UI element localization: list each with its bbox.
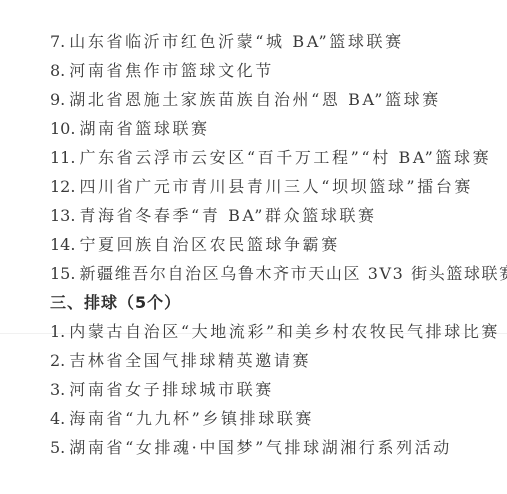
item-text: 河南省女子排球城市联赛 bbox=[69, 380, 274, 399]
item-number: 15. bbox=[50, 264, 75, 283]
list-item: 5.湖南省“女排魂·中国梦”气排球湖湘行系列活动 bbox=[50, 438, 452, 458]
list-item: 4.海南省“九九杯”乡镇排球联赛 bbox=[50, 409, 314, 429]
item-number: 11. bbox=[50, 148, 75, 167]
item-text: 湖南省篮球联赛 bbox=[79, 119, 209, 138]
list-item: 7.山东省临沂市红色沂蒙“城 BA”篮球联赛 bbox=[50, 32, 404, 52]
item-number: 4. bbox=[50, 409, 65, 428]
item-number: 8. bbox=[50, 61, 65, 80]
list-item: 13.青海省冬春季“青 BA”群众篮球联赛 bbox=[50, 206, 377, 226]
list-item: 10.湖南省篮球联赛 bbox=[50, 119, 210, 139]
section-heading-volleyball: 三、排球（5个） bbox=[50, 292, 181, 314]
list-item: 8.河南省焦作市篮球文化节 bbox=[50, 61, 274, 81]
item-number: 5. bbox=[50, 438, 65, 457]
item-number: 14. bbox=[50, 235, 75, 254]
list-item: 3.河南省女子排球城市联赛 bbox=[50, 380, 274, 400]
list-item: 11.广东省云浮市云安区“百千万工程”“村 BA”篮球赛 bbox=[50, 148, 491, 168]
list-item: 15.新疆维吾尔自治区乌鲁木齐市天山区 3V3 街头篮球联赛 bbox=[50, 264, 507, 284]
item-text: 河南省焦作市篮球文化节 bbox=[69, 61, 274, 80]
list-item: 9.湖北省恩施土家族苗族自治州“恩 BA”篮球赛 bbox=[50, 90, 441, 110]
item-text: 湖北省恩施土家族苗族自治州“恩 BA”篮球赛 bbox=[69, 90, 441, 109]
document-page: 7.山东省临沂市红色沂蒙“城 BA”篮球联赛 8.河南省焦作市篮球文化节 9.湖… bbox=[0, 0, 507, 494]
item-number: 2. bbox=[50, 351, 65, 370]
item-number: 7. bbox=[50, 32, 65, 51]
item-number: 13. bbox=[50, 206, 75, 225]
item-number: 1. bbox=[50, 322, 65, 341]
item-text: 青海省冬春季“青 BA”群众篮球联赛 bbox=[79, 206, 376, 225]
item-text: 宁夏回族自治区农民篮球争霸赛 bbox=[79, 235, 339, 254]
list-item: 12.四川省广元市青川县青川三人“坝坝篮球”擂台赛 bbox=[50, 177, 473, 197]
list-item: 2.吉林省全国气排球精英邀请赛 bbox=[50, 351, 311, 371]
item-text: 新疆维吾尔自治区乌鲁木齐市天山区 3V3 街头篮球联赛 bbox=[79, 264, 507, 283]
item-number: 9. bbox=[50, 90, 65, 109]
item-text: 四川省广元市青川县青川三人“坝坝篮球”擂台赛 bbox=[79, 177, 473, 196]
list-item: 14.宁夏回族自治区农民篮球争霸赛 bbox=[50, 235, 340, 255]
item-text: 山东省临沂市红色沂蒙“城 BA”篮球联赛 bbox=[69, 32, 403, 51]
item-number: 3. bbox=[50, 380, 65, 399]
item-text: 湖南省“女排魂·中国梦”气排球湖湘行系列活动 bbox=[69, 438, 452, 457]
item-text: 吉林省全国气排球精英邀请赛 bbox=[69, 351, 311, 370]
item-number: 10. bbox=[50, 119, 75, 138]
item-number: 12. bbox=[50, 177, 75, 196]
item-text: 内蒙古自治区“大地流彩”和美乡村农牧民气排球比赛 bbox=[69, 322, 500, 341]
item-text: 海南省“九九杯”乡镇排球联赛 bbox=[69, 409, 314, 428]
list-item: 1.内蒙古自治区“大地流彩”和美乡村农牧民气排球比赛 bbox=[50, 322, 500, 342]
item-text: 广东省云浮市云安区“百千万工程”“村 BA”篮球赛 bbox=[79, 148, 491, 167]
